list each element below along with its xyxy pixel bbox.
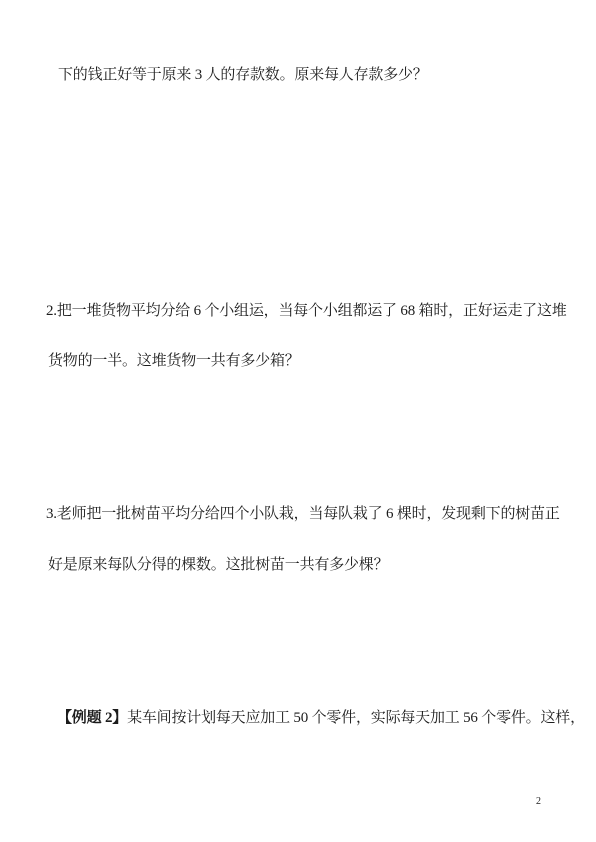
question-2-line-2: 货物的一半。这堆货物一共有多少箱？ xyxy=(48,354,300,369)
question-2-line-1: 2.把一堆货物平均分给 6 个小组运，当每个小组都运了 68 箱时，正好运走了这… xyxy=(46,304,567,319)
example-2-label: 【例题 2】 xyxy=(57,710,127,726)
question-3-line-2: 好是原来每队分得的棵数。这批树苗一共有多少棵？ xyxy=(48,558,388,573)
continuation-paragraph-line: 下的钱正好等于原来 3 人的存款数。原来每人存款多少？ xyxy=(58,68,428,83)
example-2-paragraph: 【例题 2】某车间按计划每天应加工 50 个零件，实际每天加工 56 个零件。这… xyxy=(57,711,585,726)
question-3-line-1: 3.老师把一批树苗平均分给四个小队栽，当每队栽了 6 棵时，发现剩下的树苗正 xyxy=(46,507,560,522)
document-page: 下的钱正好等于原来 3 人的存款数。原来每人存款多少？ 2.把一堆货物平均分给 … xyxy=(0,0,596,842)
example-2-text: 某车间按计划每天应加工 50 个零件，实际每天加工 56 个零件。这样， xyxy=(127,710,585,726)
page-number: 2 xyxy=(536,797,541,807)
